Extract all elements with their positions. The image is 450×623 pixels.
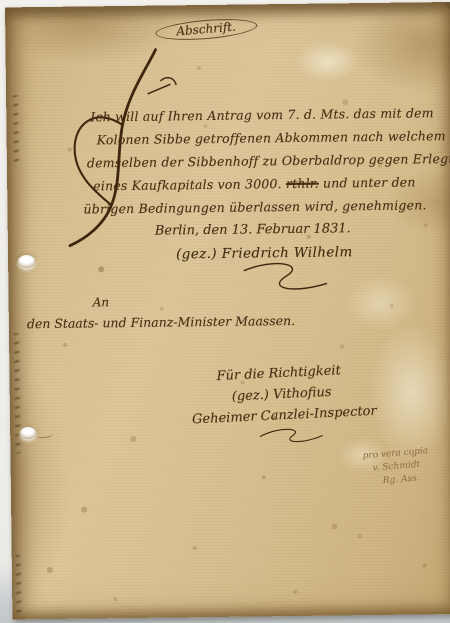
body-text: und unter den: [323, 174, 416, 190]
address-recipient: den Staats- und Finanz-Minister Maassen.: [27, 313, 295, 331]
certification-flourish: [256, 426, 326, 447]
ragged-edge-marks: [16, 555, 22, 615]
body-line: übrigen Bedingungen überlassen wird, gen…: [83, 197, 450, 225]
certifier-title: Geheimer Canzlei-Inspector: [192, 404, 377, 428]
body-text: eines Kaufkapitals von 3000.: [93, 176, 282, 193]
punch-hole: [20, 427, 36, 439]
ragged-edge-marks: [14, 333, 20, 453]
ragged-edge-marks: [13, 95, 19, 165]
struck-out-word: rthlr.: [286, 176, 319, 191]
address-salutation: An: [93, 295, 110, 309]
letter-body: Ich will auf Ihren Antrag vom 7. d. Mts.…: [90, 105, 450, 225]
paper-sheet: Abschrift. Ich will auf Ihren Antrag vom…: [5, 2, 450, 619]
dateline: Berlin, den 13. Februar 1831.: [155, 221, 351, 238]
copy-note-signature: v. Schmidt: [372, 460, 420, 474]
punch-hole: [18, 255, 35, 268]
certification-line: Für die Richtigkeit: [216, 363, 341, 384]
foxing-spots: [5, 7, 7, 9]
royal-signature: (gez.) Friedrich Wilhelm: [176, 244, 353, 262]
corner-nick: [440, 2, 450, 11]
signature-paraph-flourish: [234, 261, 334, 296]
copy-note-title: Rg. Ass.: [382, 473, 420, 486]
scanned-document: Abschrift. Ich will auf Ihren Antrag vom…: [0, 0, 450, 623]
certifying-signature: (gez.) Vithofius: [231, 385, 331, 405]
